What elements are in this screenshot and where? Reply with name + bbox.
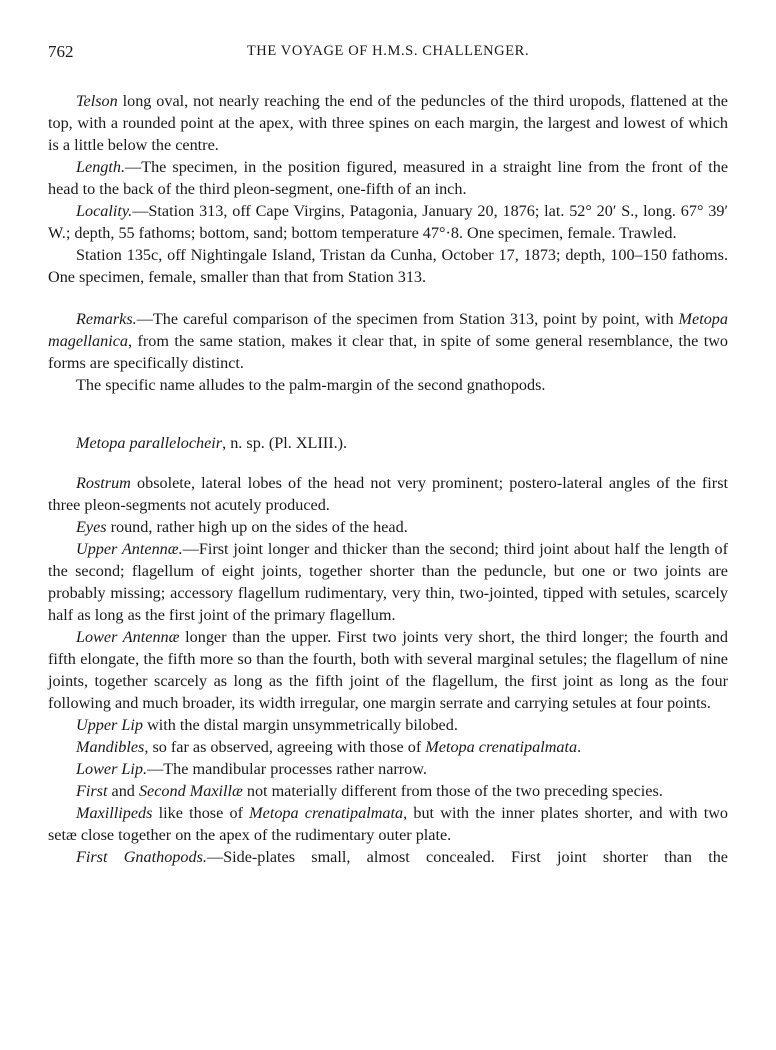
- term: Lower Lip.: [76, 760, 147, 778]
- term: Upper Antennæ.: [76, 540, 183, 558]
- term: First: [76, 782, 107, 800]
- term: Length.: [76, 158, 125, 176]
- spacer: [48, 454, 728, 472]
- species-name: Metopa parallelocheir: [76, 434, 222, 452]
- term: Rostrum: [76, 474, 131, 492]
- species-name: Metopa crenatipalmata: [249, 804, 403, 822]
- term: Eyes: [76, 518, 107, 536]
- lower-antennae-paragraph: Lower Antennæ longer than the upper. Fir…: [48, 626, 728, 714]
- rostrum-paragraph: Rostrum obsolete, lateral lobes of the h…: [48, 472, 728, 516]
- term: Maxillipeds: [76, 804, 152, 822]
- station-paragraph: Station 135c, off Nightingale Island, Tr…: [48, 244, 728, 288]
- telson-paragraph: Telson long oval, not nearly reaching th…: [48, 90, 728, 156]
- mandibles-paragraph: Mandibles, so far as observed, agreeing …: [48, 736, 728, 758]
- eyes-paragraph: Eyes round, rather high up on the sides …: [48, 516, 728, 538]
- first-gnathopods-paragraph: First Gnathopods.—Side-plates small, alm…: [48, 846, 728, 868]
- lower-lip-paragraph: Lower Lip.—The mandibular processes rath…: [48, 758, 728, 780]
- term: Telson: [76, 92, 118, 110]
- term: First Gnathopods.: [76, 848, 207, 866]
- body-text: Telson long oval, not nearly reaching th…: [48, 90, 728, 868]
- remarks-paragraph: Remarks.—The careful comparison of the s…: [48, 308, 728, 374]
- term: Upper Lip: [76, 716, 143, 734]
- species-heading: Metopa parallelocheir, n. sp. (Pl. XLIII…: [48, 432, 728, 454]
- term: Lower Antennæ: [76, 628, 179, 646]
- locality-paragraph: Locality.—Station 313, off Cape Virgins,…: [48, 200, 728, 244]
- term: Locality.: [76, 202, 132, 220]
- term: Remarks.: [76, 310, 137, 328]
- upper-lip-paragraph: Upper Lip with the distal margin unsymme…: [48, 714, 728, 736]
- upper-antennae-paragraph: Upper Antennæ.—First joint longer and th…: [48, 538, 728, 626]
- running-title: THE VOYAGE OF H.M.S. CHALLENGER.: [48, 43, 728, 60]
- term: Mandibles: [76, 738, 144, 756]
- species-name: Metopa crenatipalmata: [425, 738, 577, 756]
- maxillae-paragraph: First and Second Maxillæ not materially …: [48, 780, 728, 802]
- specific-name-paragraph: The specific name alludes to the palm-ma…: [48, 374, 728, 396]
- spacer: [48, 396, 728, 432]
- length-paragraph: Length.—The specimen, in the position fi…: [48, 156, 728, 200]
- maxillipeds-paragraph: Maxillipeds like those of Metopa crenati…: [48, 802, 728, 846]
- term: Second Maxillæ: [139, 782, 243, 800]
- spacer: [48, 288, 728, 308]
- running-head: 762 THE VOYAGE OF H.M.S. CHALLENGER.: [48, 42, 728, 66]
